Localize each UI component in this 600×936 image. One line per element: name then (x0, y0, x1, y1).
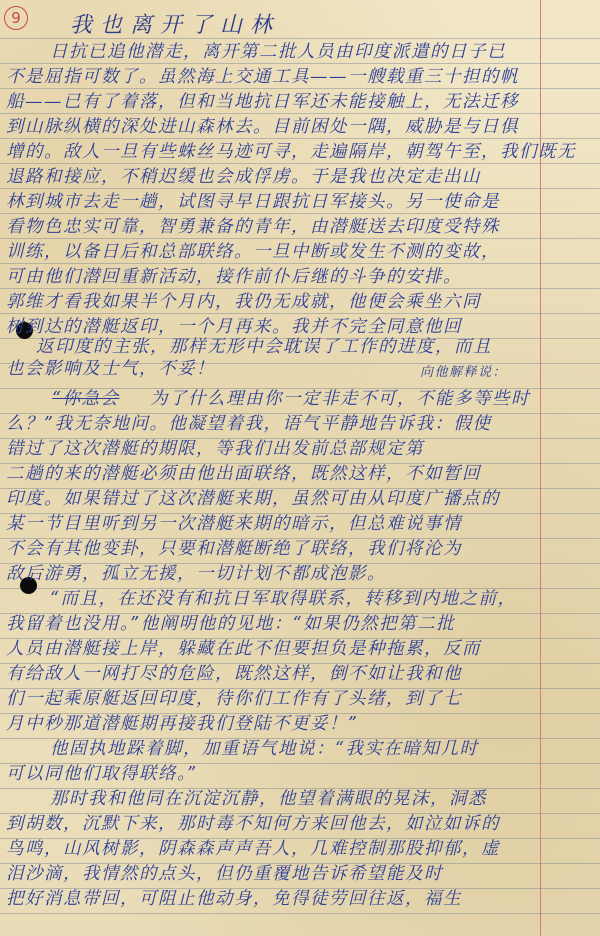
ruled-line (0, 263, 600, 264)
text-line: 人员由潜艇接上岸，躲藏在此不但要担负是种拖累，反而 (6, 638, 596, 660)
text-line: 林到城市去走一趟，试图寻早日跟抗日军接头。另一使命是 (6, 191, 596, 213)
text-line: 树到达的潜艇返印，一个月再来。我并不完全同意他回 (6, 316, 596, 338)
ruled-line (0, 163, 600, 164)
ruled-line (0, 188, 600, 189)
text-line: 退路和接应，不稍迟缓也会成俘虏。于是我也决定走出山 (6, 166, 596, 188)
text-line: 训练，以备日后和总部联络。一旦中断或发生不测的变故， (6, 241, 596, 263)
text-line: “而且，在还没有和抗日军取得联系，转移到内地之前， (6, 588, 596, 610)
text-line: 可以同他们取得联络。” (6, 763, 596, 785)
text-line: 把好消息带回，可阻止他动身，免得徒劳回往返，福生 (6, 888, 596, 910)
text-line: 不是屈指可数了。虽然海上交通工具——一艘载重三十担的帆 (6, 66, 596, 88)
text-line: 泪沙滴，我情然的点头，但仍重覆地告诉希望能及时 (6, 863, 596, 885)
text-line: 们一起乘原艇返回印度，待你们工作有了头绪，到了七 (6, 688, 596, 710)
ruled-line (0, 113, 600, 114)
text-line: 那时我和他同在沉淀沉静，他望着满眼的晃沫，洞悉 (6, 788, 596, 810)
text-line: 看物色忠实可靠，智勇兼备的青年，由潜艇送去印度受特殊 (6, 216, 596, 238)
ruled-line (0, 313, 600, 314)
ruled-line (0, 913, 600, 914)
text-line: 鸟鸣，山风树影，阴森森声声吾人，几难控制那股抑郁，虚 (6, 838, 596, 860)
text-line: 么？”我无奈地问。他凝望着我，语气平静地告诉我：假使 (6, 413, 596, 435)
ruled-line (0, 288, 600, 289)
text-line: 二趟的来的潜艇必须由他出面联络，既然这样，不如暂回 (6, 463, 596, 485)
ruled-line (0, 238, 600, 239)
text-line: 错过了这次潜艇的期限，等我们出发前总部规定第 (6, 438, 596, 460)
page-number-circle: 9 (4, 6, 28, 30)
text-line: 到山脉纵横的深处进山森林去。目前困处一隅，威胁是与日俱 (6, 116, 596, 138)
text-line: 可由他们潜回重新活动，接作前仆后继的斗争的安排。 (6, 266, 596, 288)
text-line: 郭维才看我如果半个月内，我仍无成就，他便会乘坐六同 (6, 291, 596, 313)
text-line: 不会有其他变卦，只要和潜艇断绝了联络，我们将沦为 (6, 538, 596, 560)
margin-note: 向他解释说： (420, 362, 590, 384)
text-line: 印度。如果错过了这次潜艇来期，虽然可由从印度广播点的 (6, 488, 596, 510)
text-line: 日抗已追他潜走，离开第二批人员由印度派遣的日子已 (6, 41, 596, 63)
struck-text: “你急会 (52, 388, 162, 410)
text-line: 船——已有了着落，但和当地抗日军还未能接触上，无法迁移 (6, 91, 596, 113)
ruled-line (0, 63, 600, 64)
text-line: 某一节目里听到另一次潜艇来期的暗示，但总难说事情 (6, 513, 596, 535)
page-title: 我也离开了山林 (70, 8, 280, 39)
text-line: 为了什么理由你一定非走不可，不能多等些时 (150, 388, 590, 410)
text-line: 敌后游勇，孤立无援，一切计划不都成泡影。 (6, 563, 596, 585)
text-line: 有给敌人一网打尽的危险，既然这样，倒不如让我和他 (6, 663, 596, 685)
text-line: 返印度的主张，那样无形中会耽误了工作的进度，而且 (36, 336, 600, 358)
text-line: 他固执地跺着脚，加重语气地说：“我实在暗知几时 (6, 738, 596, 760)
manuscript-page: 9 我也离开了山林 日抗已追他潜走，离开第二批人员由印度派遣的日子已 不是屈指可… (0, 0, 600, 936)
text-line: 到胡数，沉默下来，那时毒不知何方来回他去，如泣如诉的 (6, 813, 596, 835)
ruled-line (0, 138, 600, 139)
text-line: 我留着也没用。”他阐明他的见地：“如果仍然把第二批 (6, 613, 596, 635)
text-line: 增的。敌人一旦有些蛛丝马迹可寻，走遍隔岸，朝驾午至，我们既无 (6, 141, 596, 163)
ruled-line (0, 88, 600, 89)
ruled-line (0, 213, 600, 214)
text-line: 月中秒那道潜艇期再接我们登陆不更妥！” (6, 713, 596, 735)
